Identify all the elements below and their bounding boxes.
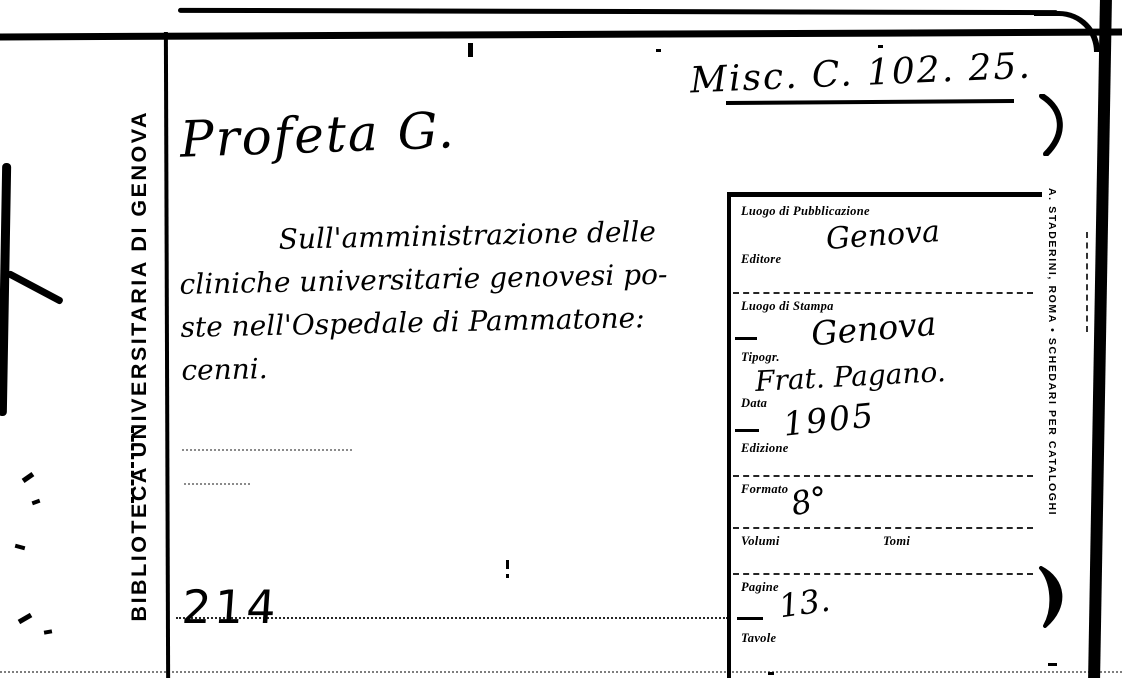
left-speck	[15, 544, 26, 550]
field-value-luogo-stampa: Genova	[810, 307, 938, 351]
field-label-editore: Editore	[741, 252, 781, 267]
ruled-dotted-line-faint	[184, 483, 250, 485]
field-label-pagine: Pagine	[741, 580, 779, 595]
title-block: Sull'amministrazione delle cliniche univ…	[178, 208, 746, 392]
bottom-right-speck	[1048, 663, 1057, 666]
field-label-tipogr: Tipogr.	[741, 350, 780, 365]
bibliographic-form-box: Luogo di Pubblicazione Genova Editore Lu…	[727, 192, 1042, 678]
field-label-formato: Formato	[741, 482, 788, 497]
printer-imprint: A. STADERINI, ROMA • SCHEDARI PER CATALO…	[1046, 188, 1058, 578]
speck-mark	[468, 43, 473, 57]
speck-mark	[656, 49, 661, 52]
left-speck	[44, 629, 53, 634]
field-separator	[733, 573, 1033, 575]
field-value-pagine: 13.	[777, 584, 832, 623]
field-separator	[733, 527, 1033, 529]
library-stamp: BIBLIOTECA UNIVERSITARIA DI GENOVA	[127, 108, 152, 624]
bracket-mark-top	[1038, 94, 1070, 156]
field-value-data: 1905	[782, 398, 877, 440]
left-speck	[32, 499, 41, 505]
inventory-number: 214	[180, 584, 280, 630]
right-edge-bar	[1088, 0, 1112, 678]
card-top-edge	[0, 29, 1122, 41]
field-label-data: Data	[741, 396, 767, 411]
right-dashed-artifact	[1086, 232, 1088, 332]
value-dash	[735, 429, 759, 432]
left-edge-smudge	[0, 163, 11, 416]
shelfmark: Misc. C. 102. 25.	[689, 49, 1032, 100]
author-name: Profeta G.	[179, 105, 456, 165]
speck-mark	[506, 574, 509, 578]
speck-mark	[878, 45, 883, 48]
field-label-volumi: Volumi	[741, 534, 780, 549]
field-label-edizione: Edizione	[741, 441, 789, 456]
field-value-tipogr: Frat. Pagano.	[754, 358, 946, 396]
left-speck	[22, 472, 35, 483]
field-label-luogo-pubblicazione: Luogo di Pubblicazione	[741, 204, 870, 219]
field-label-luogo-stampa: Luogo di Stampa	[741, 299, 834, 314]
library-stamp-text: BIBLIOTECA UNIVERSITARIA DI GENOVA	[127, 110, 152, 621]
speck-mark	[506, 560, 509, 569]
value-dash	[735, 337, 757, 340]
field-label-tomi: Tomi	[883, 534, 910, 549]
left-dashed-artifact	[131, 427, 134, 503]
bracket-mark-bottom	[1038, 566, 1070, 628]
left-edge-stroke	[6, 270, 64, 305]
field-separator	[733, 475, 1033, 477]
field-separator	[733, 292, 1033, 294]
shelfmark-underline	[726, 99, 1014, 105]
value-dash	[737, 617, 763, 620]
ruled-dotted-line-faint	[182, 449, 352, 451]
field-value-formato: 8°	[788, 482, 830, 521]
field-label-tavole: Tavole	[741, 631, 776, 646]
card-behind-top-edge	[178, 8, 1058, 15]
printer-imprint-text: A. STADERINI, ROMA • SCHEDARI PER CATALO…	[1046, 188, 1058, 516]
left-margin-rule	[164, 32, 170, 678]
ruled-dotted-line	[176, 617, 728, 619]
field-value-luogo-pubblicazione: Genova	[825, 217, 941, 255]
left-speck	[18, 613, 33, 624]
catalog-card-scan: BIBLIOTECA UNIVERSITARIA DI GENOVA A. ST…	[0, 0, 1122, 678]
